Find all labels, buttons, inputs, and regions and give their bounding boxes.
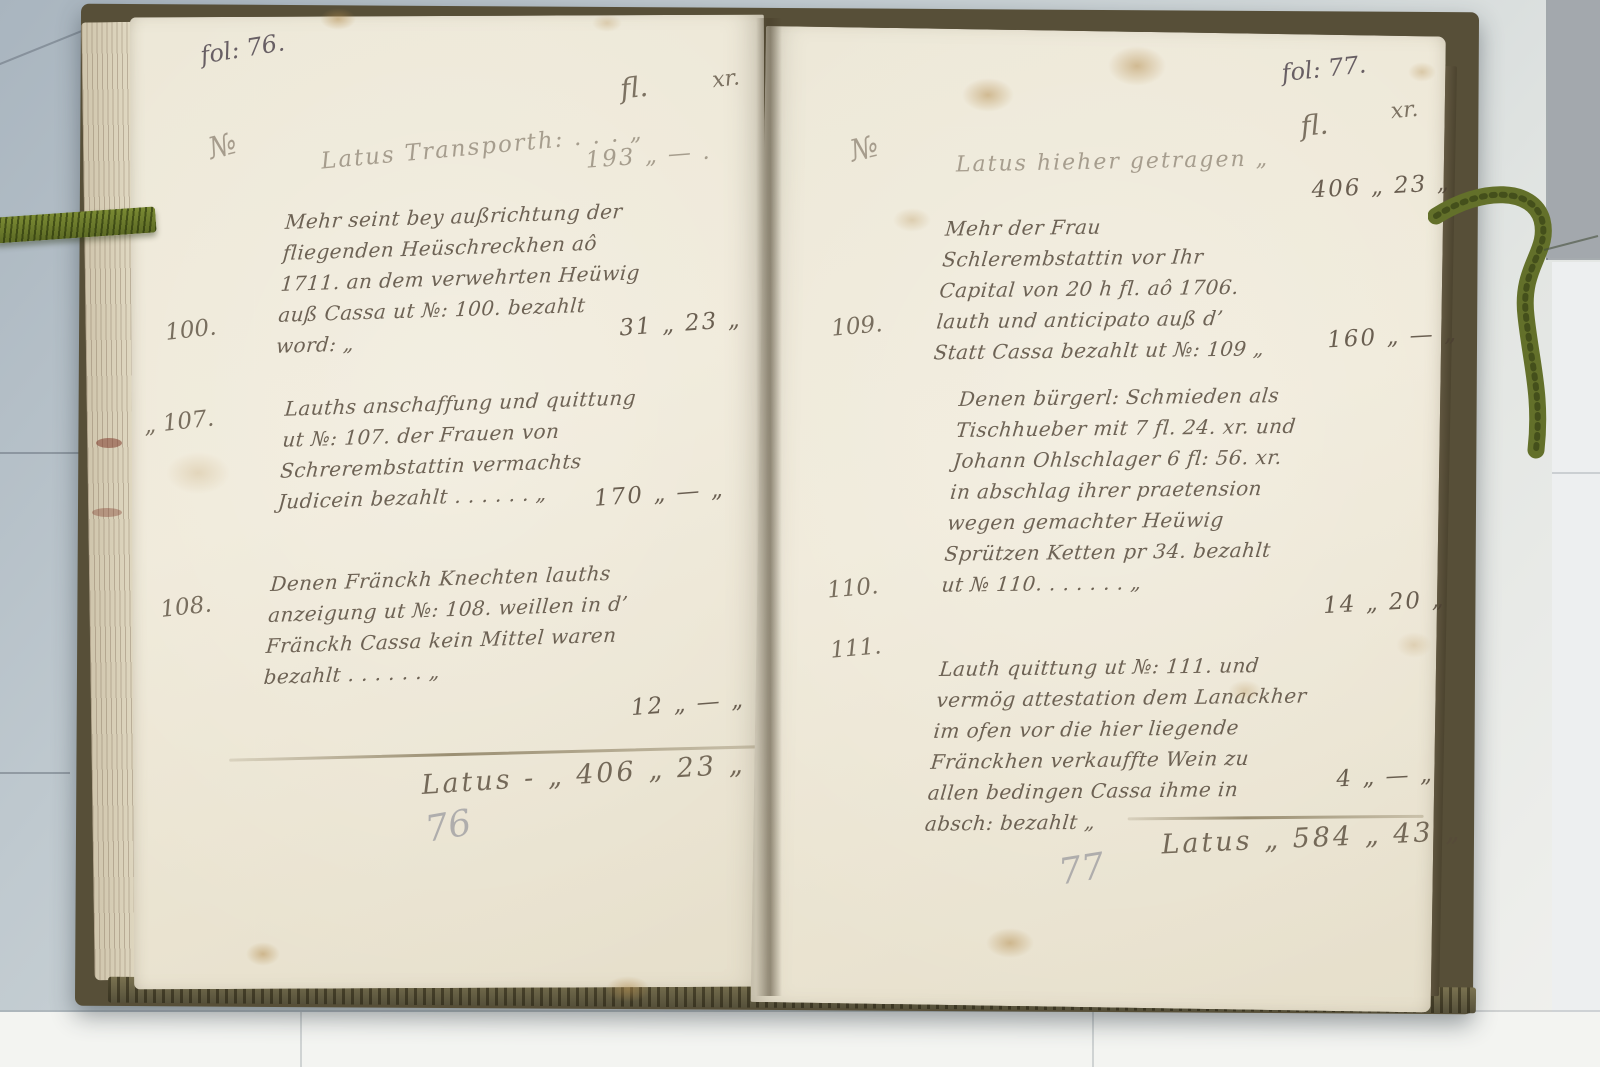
currency-header-xr-right: xr. bbox=[1390, 97, 1420, 124]
stain bbox=[893, 208, 931, 232]
book-gutter bbox=[756, 18, 782, 996]
stain bbox=[320, 8, 356, 30]
tile-seam bbox=[0, 772, 70, 774]
pencil-folio-right: 77 bbox=[1056, 846, 1108, 894]
folio-number-right: fol: 77. bbox=[1280, 50, 1367, 87]
folio-number-left: fol: 76. bbox=[198, 28, 286, 69]
stain bbox=[166, 452, 230, 494]
fore-edge-speck bbox=[96, 438, 122, 448]
latus-amount: - „ 406 „ 23 „ bbox=[523, 749, 746, 794]
tile-strip-bottom bbox=[0, 1012, 1600, 1067]
currency-header-fl-left: fl. bbox=[618, 70, 649, 106]
entry-number: 100. bbox=[164, 314, 218, 345]
currency-header-fl-right: fl. bbox=[1299, 107, 1329, 142]
pencil-folio-left: 76 bbox=[422, 802, 474, 850]
entry-text: Mehr der Frau Schlerembstattin vor Ihr C… bbox=[932, 209, 1287, 368]
entry-number: 110. bbox=[826, 573, 879, 603]
currency-header-xr-left: xr. bbox=[711, 65, 741, 93]
entry-text: Denen bürgerl: Schmieden als Tischhueber… bbox=[940, 380, 1313, 601]
entry-text: Lauth quittung ut №: 111. und vermög att… bbox=[924, 650, 1314, 840]
entry-text: Lauths anschaffung und quittung ut №: 10… bbox=[277, 382, 647, 518]
latus-label: Latus bbox=[1161, 825, 1253, 860]
stain bbox=[606, 976, 650, 1002]
entry-amount: 14 „ 20 „ bbox=[1322, 586, 1446, 619]
entry-number: 109. bbox=[830, 311, 883, 341]
transport-mark-left: № bbox=[205, 126, 241, 167]
fore-edge-speck bbox=[92, 508, 122, 517]
latus-line-left: Latus - „ 406 „ 23 „ bbox=[421, 749, 747, 801]
transport-label-right: Latus hieher getragen „ bbox=[956, 146, 1270, 177]
entry-number: 111. bbox=[829, 633, 882, 663]
entry-number: „ 107. bbox=[142, 405, 215, 439]
tile-seam bbox=[1092, 1012, 1094, 1067]
entry-amount: 12 „ — „ bbox=[630, 687, 746, 721]
stain bbox=[1408, 62, 1436, 82]
manuscript-photo: fol: 76. fl. xr. № Latus Transporth: . .… bbox=[0, 0, 1600, 1067]
stain bbox=[1108, 46, 1166, 86]
tile-seam bbox=[300, 1012, 302, 1067]
stain bbox=[592, 14, 622, 32]
left-page: fol: 76. fl. xr. № Latus Transporth: . .… bbox=[130, 15, 768, 990]
entry-text: Mehr seint bey außrichtung der fliegende… bbox=[275, 195, 659, 362]
stain bbox=[246, 942, 280, 966]
entry-number: 108. bbox=[159, 591, 213, 622]
stain bbox=[962, 78, 1014, 112]
transport-mark-right: № bbox=[846, 129, 882, 170]
latus-label: Latus bbox=[421, 764, 514, 801]
entry-amount: 4 „ — „ bbox=[1336, 761, 1435, 792]
stain bbox=[986, 928, 1034, 958]
stain bbox=[1228, 680, 1262, 702]
green-tie-right bbox=[1428, 158, 1600, 478]
entry-text: Denen Fränckh Knechten lauths anzeigung … bbox=[263, 557, 645, 693]
stain bbox=[1396, 632, 1432, 658]
right-page: fol: 77. № Latus hieher getragen „ fl. x… bbox=[751, 26, 1446, 1013]
